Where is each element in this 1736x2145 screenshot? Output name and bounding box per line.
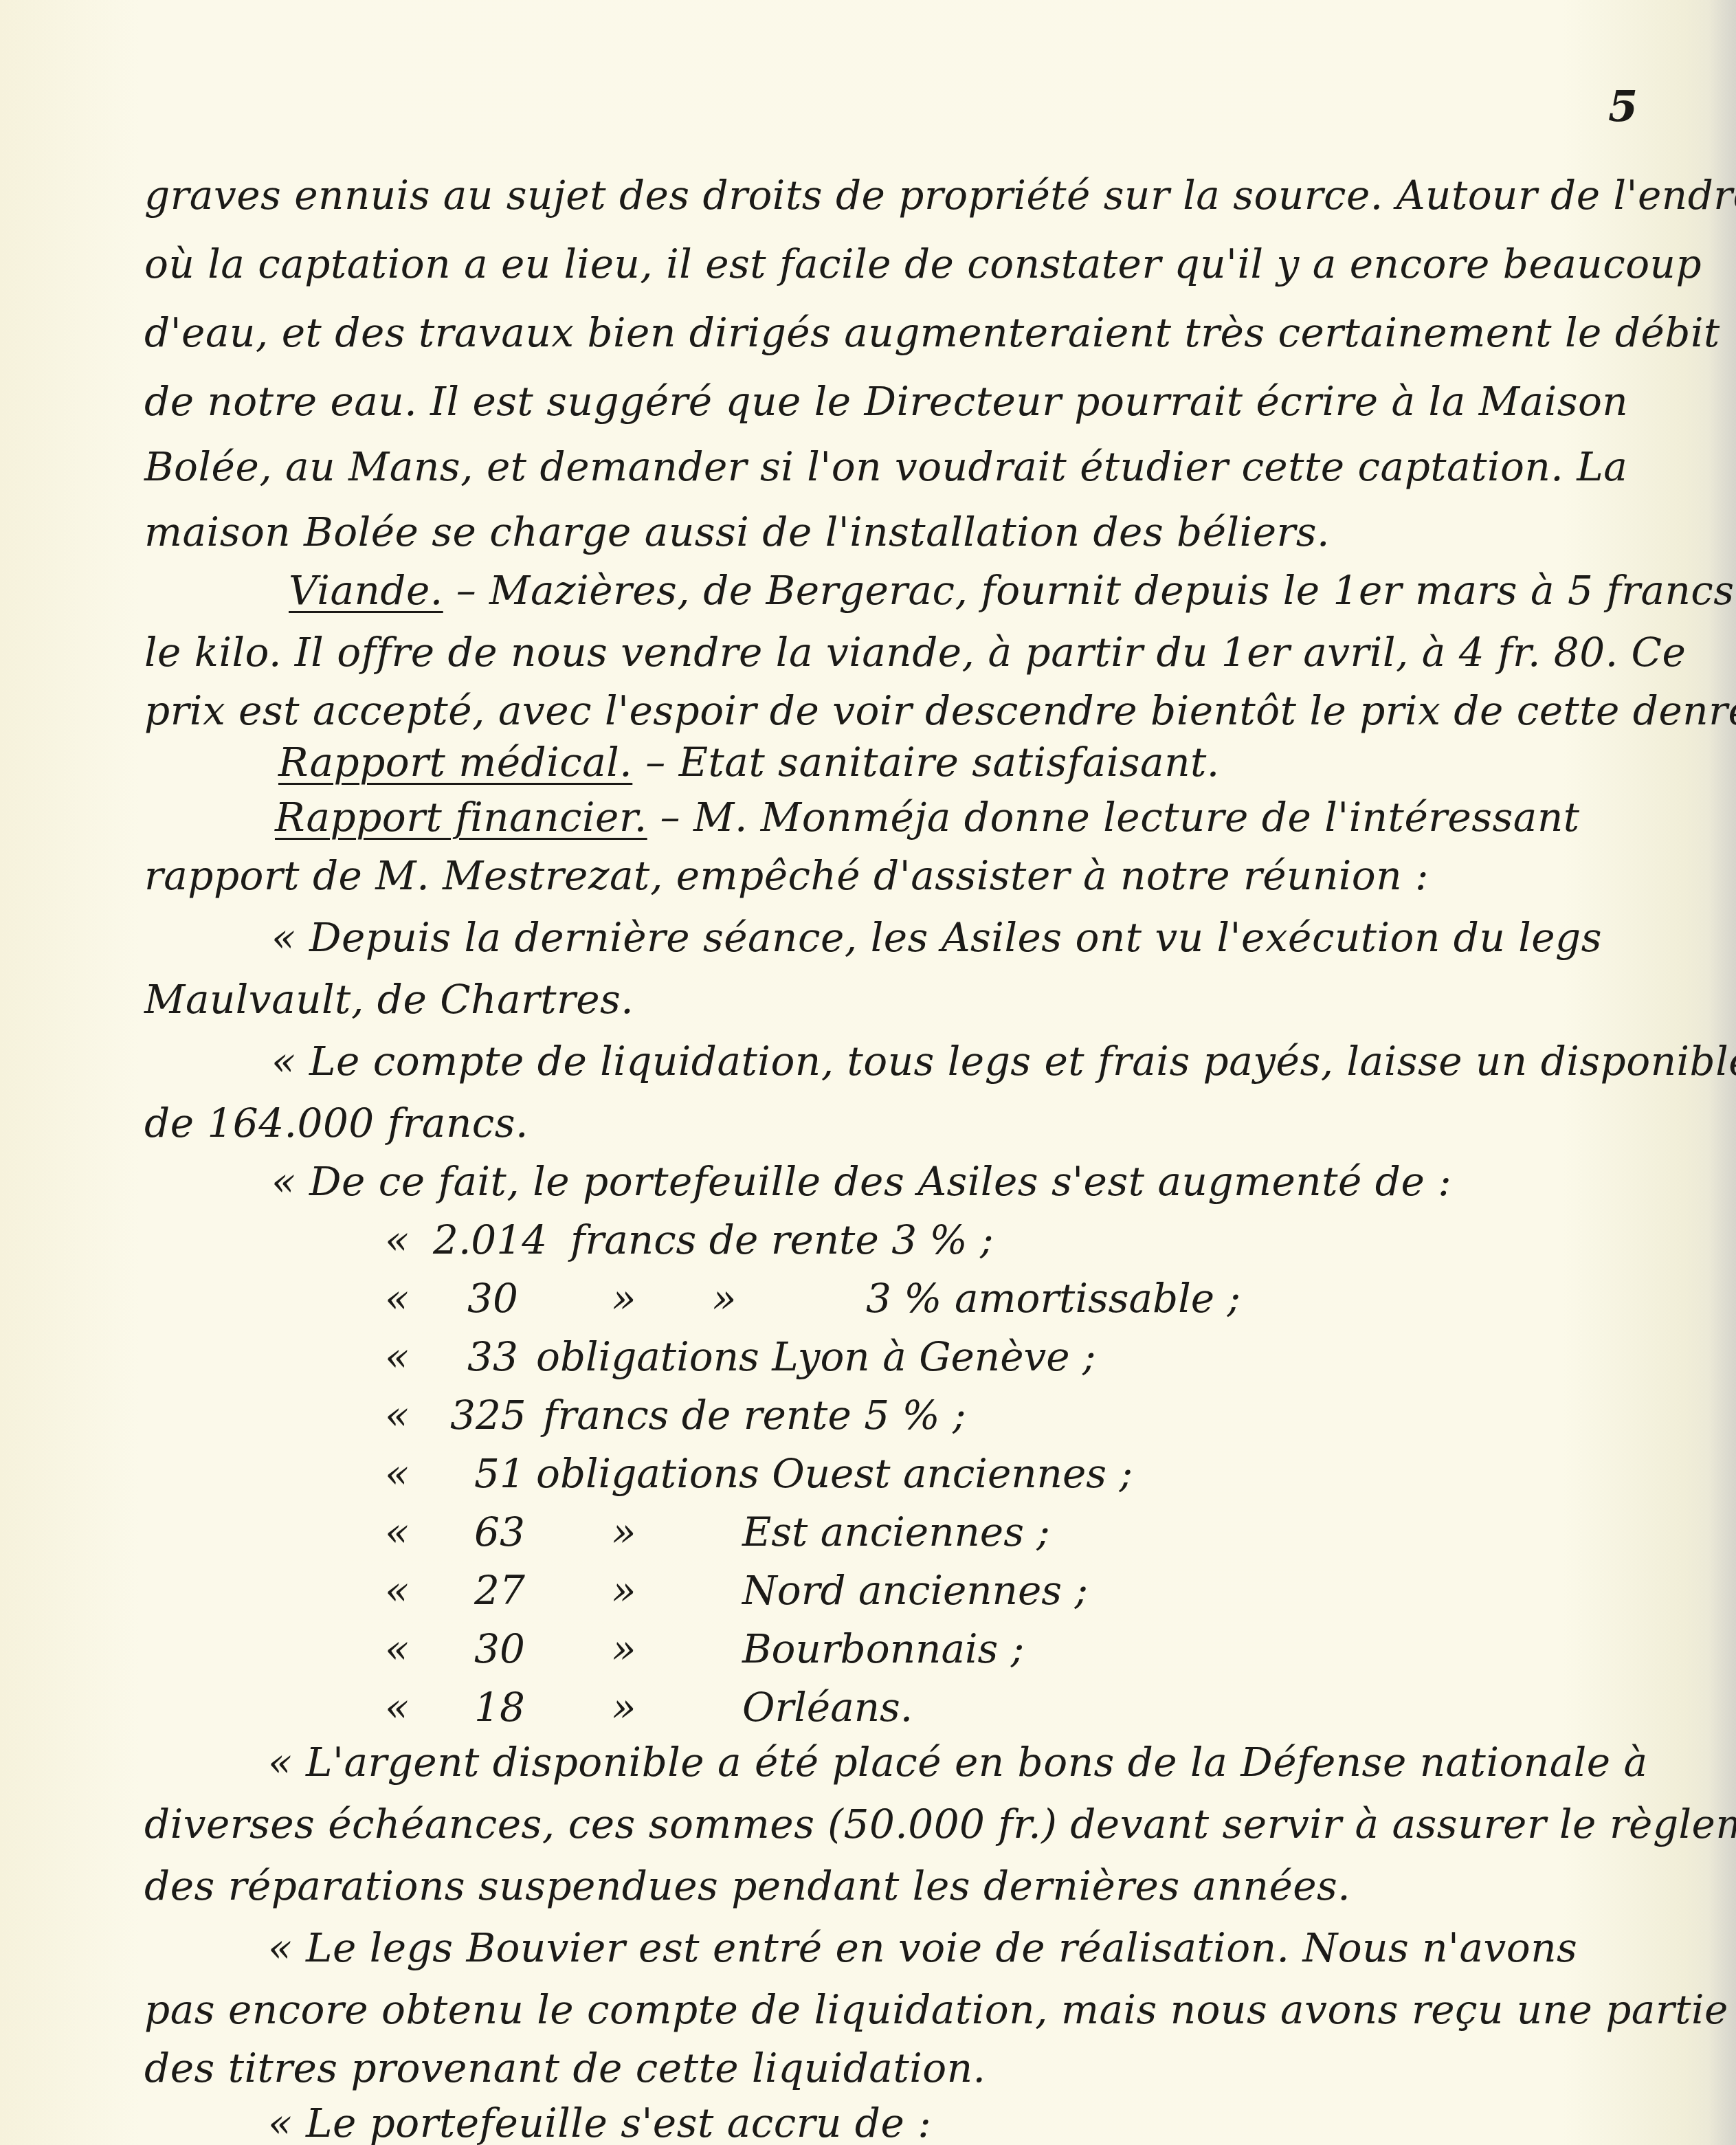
text-line: « Le portefeuille s'est accru de :	[268, 2103, 1670, 2143]
text-line: « L'argent disponible a été placé en bon…	[268, 1742, 1670, 1782]
text-line: « Le legs Bouvier est entré en voie de r…	[268, 1928, 1670, 1968]
text-line: d'eau, et des travaux bien dirigés augme…	[144, 313, 1677, 353]
text-line: prix est accepté, avec l'espoir de voir …	[144, 691, 1677, 731]
rapport-medical-line: Rapport médical. – Etat sanitaire satisf…	[278, 742, 1667, 782]
text-line: le kilo. Il offre de nous vendre la vian…	[144, 632, 1677, 672]
section-heading-rapport-financier: Rapport financier.	[275, 794, 647, 841]
text-line: de notre eau. Il est suggéré que le Dire…	[144, 381, 1677, 421]
viande-line: Viande. – Mazières, de Bergerac, fournit…	[289, 570, 1677, 610]
text-line: « Le compte de liquidation, tous legs et…	[271, 1041, 1673, 1081]
text-line: « Depuis la dernière séance, les Asiles …	[271, 918, 1673, 957]
text-line: « De ce fait, le portefeuille des Asiles…	[271, 1162, 1673, 1201]
text-line: maison Bolée se charge aussi de l'instal…	[144, 512, 1677, 552]
page-number: 5	[1608, 81, 1638, 131]
text-line: des titres provenant de cette liquidatio…	[144, 2048, 1677, 2088]
text-line: rapport de M. Mestrezat, empêché d'assis…	[144, 856, 1677, 896]
text-line: où la captation a eu lieu, il est facile…	[144, 244, 1677, 284]
section-heading-rapport-medical: Rapport médical.	[278, 739, 632, 786]
text-line: Bolée, au Mans, et demander si l'on voud…	[144, 447, 1677, 487]
section-heading-viande: Viande.	[289, 567, 443, 614]
text-line: graves ennuis au sujet des droits de pro…	[144, 175, 1677, 215]
text-line: diverses échéances, ces sommes (50.000 f…	[144, 1804, 1677, 1844]
text-line: des réparations suspendues pendant les d…	[144, 1866, 1677, 1906]
text-line: Maulvault, de Chartres.	[144, 979, 1677, 1019]
text-line: pas encore obtenu le compte de liquidati…	[144, 1990, 1677, 2030]
text-line: de 164.000 francs.	[144, 1103, 1677, 1143]
rapport-financier-line: Rapport financier. – M. Monméja donne le…	[275, 797, 1670, 837]
